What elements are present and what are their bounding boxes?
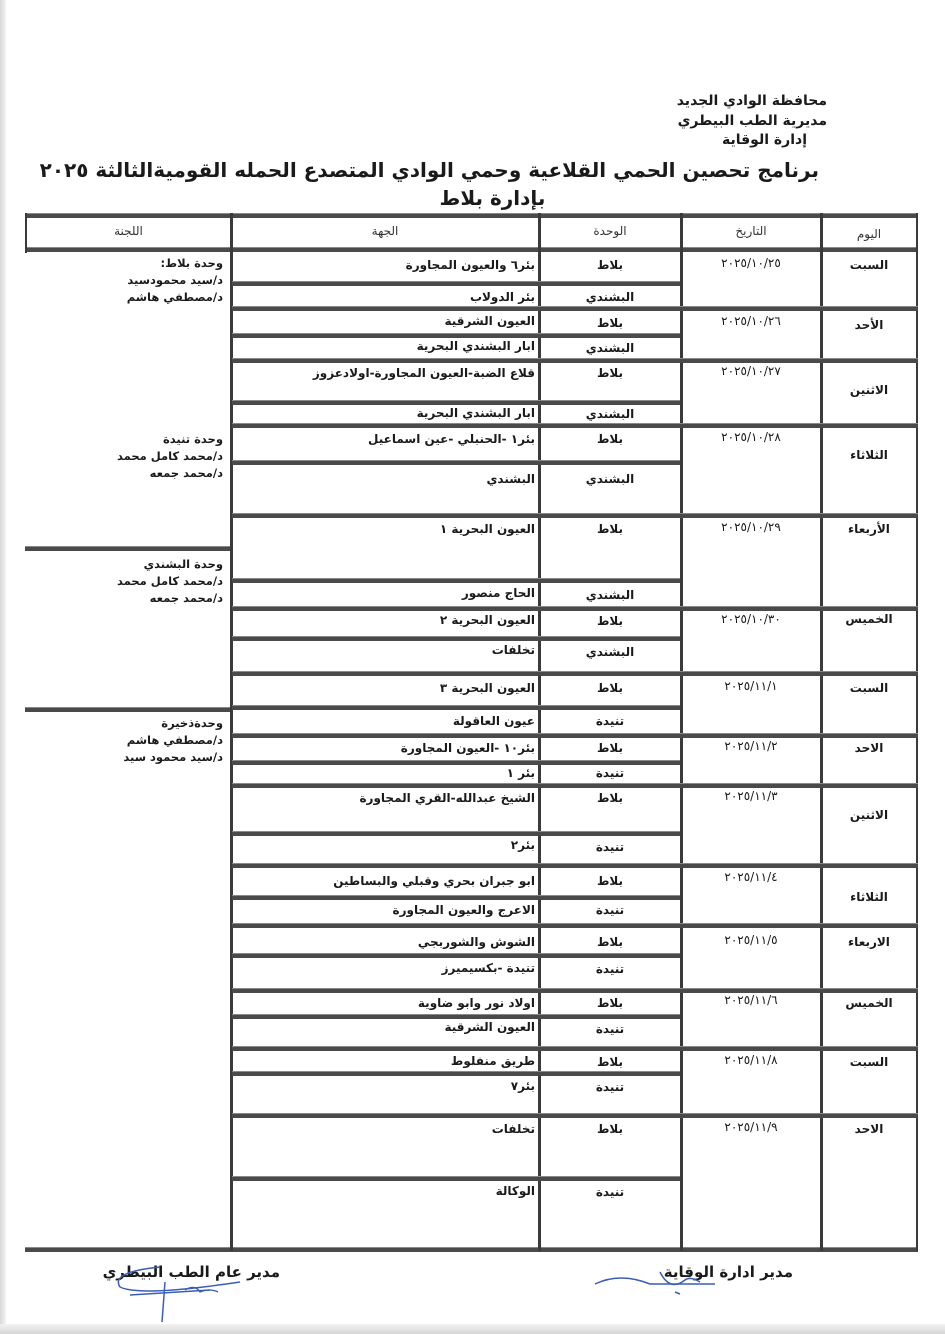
row-unit: تنيدة (540, 766, 680, 780)
row-location: بئر١٠ -العيون المجاورة (401, 741, 535, 755)
committee-member: د/سيد محمودسيد (127, 272, 223, 289)
row-location: الاعرج والعيون المجاورة (393, 903, 536, 917)
row-location: الشوش والشوربجي (418, 935, 535, 949)
table-rule (25, 707, 232, 712)
row-location: بئر٢ (511, 838, 535, 852)
row-location: اولاد نور وابو ضاوية (418, 996, 535, 1010)
row-day: السبت (822, 258, 916, 272)
row-location: طريق منفلوط (451, 1054, 535, 1068)
row-date: ٢٠٢٥/١١/٨ (682, 1053, 820, 1067)
row-date: ٢٠٢٥/١٠/٣٠ (682, 612, 820, 626)
row-unit: تنيدة (540, 962, 680, 976)
row-unit: تنيدة (540, 903, 680, 917)
row-location: ابو جبران بحري وقبلي والبساطين (333, 874, 535, 888)
table-rule (230, 213, 233, 1251)
row-date: ٢٠٢٥/١١/٢ (682, 739, 820, 753)
row-location: تخلفات (492, 1122, 535, 1136)
committee-dhakhira: وحدةذخيرة د/مصطفي هاشم د/سيد محمود سيد (123, 715, 223, 766)
header-date: التاريخ (682, 224, 820, 238)
row-day: الثلاثاء (822, 890, 916, 904)
table-rule (232, 1071, 680, 1076)
row-day: الأحد (822, 318, 916, 332)
row-day: الاثنين (822, 808, 916, 822)
table-rule (25, 213, 918, 218)
row-location: العيون البحرية ٢ (440, 613, 535, 627)
committee-member: د/محمد كامل محمد (117, 448, 223, 465)
row-location: بئر٧ (511, 1079, 535, 1093)
committee-member: د/محمد جمعه (117, 465, 223, 482)
committee-member: د/سيد محمود سيد (123, 749, 223, 766)
committee-unit: وحدة تنيدة (117, 431, 223, 448)
row-unit: تنيدة (540, 1022, 680, 1036)
committee-bellat: وحدة بلاط: د/سيد محمودسيد د/مصطفي هاشم (127, 255, 223, 306)
row-unit: بلاط (540, 614, 680, 628)
row-location: الحاج منصور (462, 586, 535, 600)
committee-bashendi: وحدة البشندي د/محمد كامل محمد د/محمد جمع… (117, 556, 223, 607)
row-location: العيون الشرقية (444, 1020, 535, 1034)
row-date: ٢٠٢٥/١٠/٢٦ (682, 314, 820, 328)
row-unit: بلاط (540, 935, 680, 949)
table-rule (820, 213, 823, 1251)
committee-member: د/مصطفي هاشم (123, 732, 223, 749)
table-rule (232, 705, 680, 710)
row-location: بئر ١ (507, 766, 535, 780)
row-date: ٢٠٢٥/١١/٤ (682, 870, 820, 884)
table-rule (25, 247, 918, 252)
table-rule (232, 1176, 680, 1181)
row-unit: بلاط (540, 366, 680, 380)
table-rule (232, 863, 918, 868)
row-day: السبت (822, 681, 916, 695)
table-rule (232, 733, 918, 738)
row-day: الخميس (822, 612, 916, 626)
table-rule (232, 513, 918, 518)
row-unit: البشندي (540, 290, 680, 304)
row-unit: بلاط (540, 258, 680, 272)
row-unit: بلاط (540, 1122, 680, 1136)
row-unit: تنيدة (540, 840, 680, 854)
table-rule (25, 546, 232, 551)
row-unit: بلاط (540, 316, 680, 330)
row-unit: بلاط (540, 1055, 680, 1069)
table-rule (232, 281, 680, 286)
row-unit: البشندي (540, 588, 680, 602)
row-location: الشيخ عبدالله-القري المجاورة (359, 791, 535, 805)
row-unit: بلاط (540, 522, 680, 536)
row-day: الثلاثاء (822, 448, 916, 462)
table-rule (232, 923, 918, 928)
row-location: قلاع الضبة-العيون المجاورة-اولادعزوز (313, 366, 535, 380)
table-rule (232, 895, 680, 900)
row-location: ابار البشندي البحرية (417, 406, 535, 420)
table-rule (232, 1046, 918, 1051)
header-committee: اللجنة (27, 224, 230, 238)
row-date: ٢٠٢٥/١١/٦ (682, 993, 820, 1007)
row-unit: البشندي (540, 645, 680, 659)
row-location: الوكالة (496, 1184, 535, 1198)
row-unit: البشندي (540, 407, 680, 421)
table-rule (232, 953, 680, 958)
row-day: الاحد (822, 1122, 916, 1136)
committee-tenida: وحدة تنيدة د/محمد كامل محمد د/محمد جمعه (117, 431, 223, 482)
row-date: ٢٠٢٥/١٠/٢٧ (682, 364, 820, 378)
row-date: ٢٠٢٥/١٠/٢٩ (682, 520, 820, 534)
row-location: تنيدة -بكسيميرز (442, 961, 535, 975)
table-rule (232, 358, 918, 363)
handwritten-signature-icon (590, 1262, 730, 1302)
row-unit: بلاط (540, 741, 680, 755)
header-location: الجهة (232, 224, 538, 238)
row-location: تخلفات (492, 643, 535, 657)
row-date: ٢٠٢٥/١١/٣ (682, 789, 820, 803)
committee-member: د/محمد كامل محمد (117, 573, 223, 590)
table-rule (916, 213, 918, 1251)
table-rule (232, 783, 918, 788)
row-unit: تنيدة (540, 1185, 680, 1199)
row-unit: بلاط (540, 874, 680, 888)
table-rule (232, 606, 918, 611)
row-location: البشندي (486, 472, 535, 486)
row-location: العيون البحرية ٣ (440, 681, 535, 695)
row-date: ٢٠٢٥/١١/٩ (682, 1120, 820, 1134)
table-rule (232, 1113, 918, 1118)
row-unit: بلاط (540, 996, 680, 1010)
committee-member: د/محمد جمعه (117, 590, 223, 607)
row-location: بئر٦ والعيون المجاورة (406, 258, 535, 272)
table-rule (232, 460, 680, 465)
row-unit: بلاط (540, 681, 680, 695)
table-rule (232, 671, 918, 676)
table-rule (232, 760, 680, 765)
row-day: الأربعاء (822, 522, 916, 536)
row-date: ٢٠٢٥/١٠/٢٥ (682, 256, 820, 270)
row-unit: تنيدة (540, 1080, 680, 1094)
row-date: ٢٠٢٥/١١/١ (682, 679, 820, 693)
row-unit: البشندي (540, 472, 680, 486)
table-rule (232, 831, 680, 836)
row-unit: بلاط (540, 791, 680, 805)
committee-unit: وحدة بلاط: (127, 255, 223, 272)
table-rule (25, 1247, 918, 1252)
row-day: السبت (822, 1055, 916, 1069)
table-rule (232, 636, 680, 641)
row-location: بئر الدولاب (470, 290, 535, 304)
row-location: ابار البشندي البحرية (417, 339, 535, 353)
table-rule (232, 306, 918, 311)
row-date: ٢٠٢٥/١١/٥ (682, 933, 820, 947)
row-unit: البشندي (540, 341, 680, 355)
committee-unit: وحدة البشندي (117, 556, 223, 573)
table-rule (232, 423, 918, 428)
row-date: ٢٠٢٥/١٠/٢٨ (682, 430, 820, 444)
row-location: عيون العاقولة (453, 714, 535, 728)
row-unit: بلاط (540, 432, 680, 446)
row-location: العيون البحرية ١ (440, 522, 535, 536)
row-location: العيون الشرقية (444, 314, 535, 328)
header-unit: الوحدة (540, 224, 680, 238)
handwritten-signature-icon (100, 1262, 250, 1322)
table-rule (232, 1014, 680, 1019)
table-rule (232, 400, 680, 405)
header-day: اليوم (822, 227, 916, 241)
row-day: الاربعاء (822, 935, 916, 949)
row-day: الخميس (822, 996, 916, 1010)
table-rule (232, 578, 680, 583)
committee-member: د/مصطفي هاشم (127, 289, 223, 306)
committee-unit: وحدةذخيرة (123, 715, 223, 732)
row-unit: تنيدة (540, 714, 680, 728)
row-day: الاحد (822, 741, 916, 755)
table-rule (232, 333, 680, 338)
row-day: الاثنين (822, 383, 916, 397)
row-location: بئر١ -الحنبلي -عين اسماعيل (368, 432, 535, 446)
